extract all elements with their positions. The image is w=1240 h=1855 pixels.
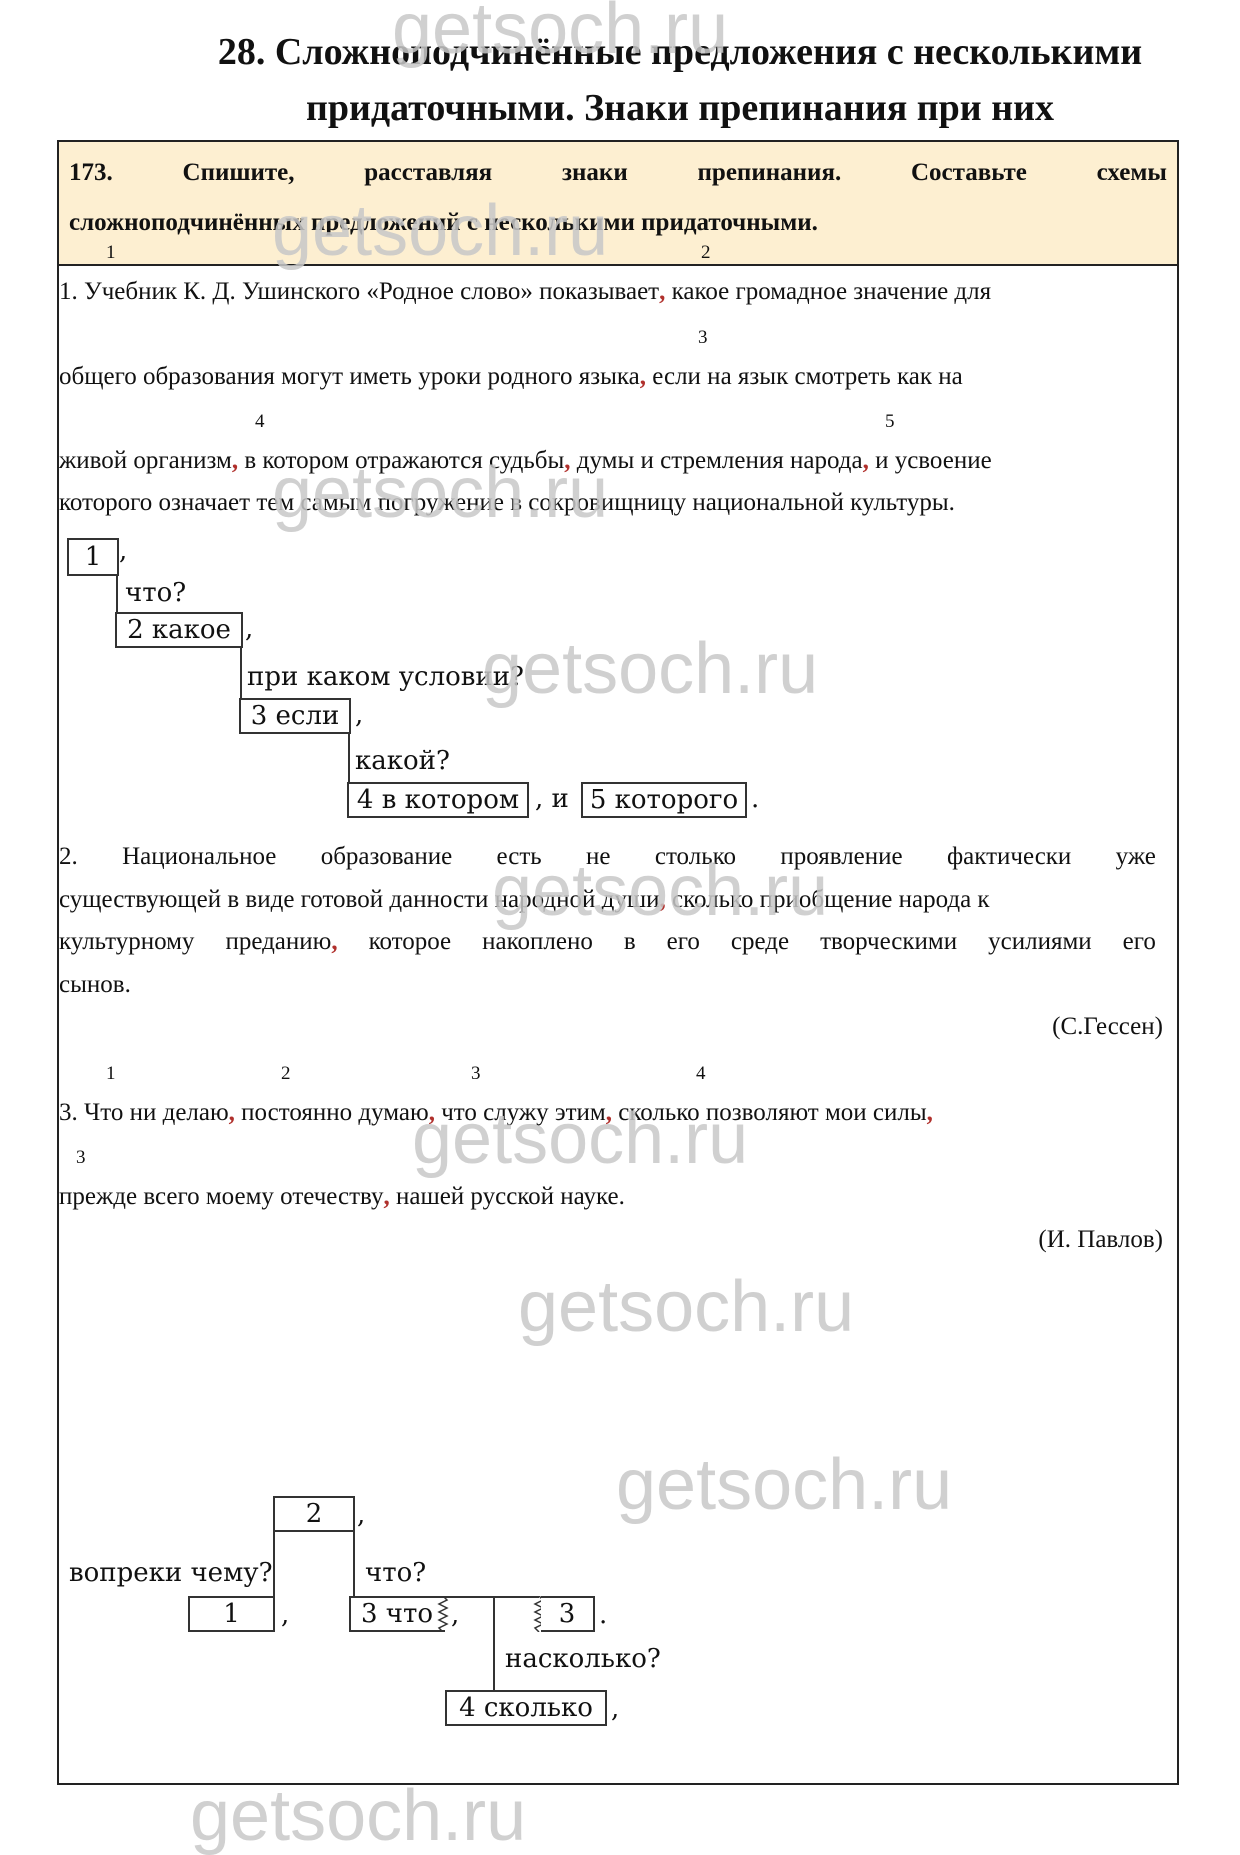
scheme-connector bbox=[353, 1530, 355, 1598]
text: сколько приобщение народа к bbox=[666, 886, 990, 913]
clause-number: 1 bbox=[106, 242, 116, 264]
word: среде bbox=[731, 928, 789, 956]
comma: , bbox=[331, 928, 337, 955]
word: культурному bbox=[59, 928, 194, 956]
scheme-box: 2 какое bbox=[115, 612, 243, 648]
text: если на язык смотреть как на bbox=[646, 363, 963, 390]
scheme-comma: , bbox=[119, 536, 127, 566]
word: столько bbox=[655, 843, 736, 871]
task-word: расставляя bbox=[364, 148, 492, 198]
word: фактически bbox=[947, 843, 1071, 871]
zigzag-break-icon bbox=[437, 1596, 449, 1632]
word: есть bbox=[497, 843, 542, 871]
word: 2. bbox=[59, 843, 78, 871]
scheme-box: 3 если bbox=[239, 698, 351, 734]
task-word: схемы bbox=[1097, 148, 1167, 198]
scheme-comma: , bbox=[355, 700, 363, 730]
title-line-2: придаточными. Знаки препинания при них bbox=[0, 80, 1240, 136]
scheme-comma: , bbox=[245, 614, 253, 644]
task-word: препинания. bbox=[698, 148, 842, 198]
clause-number: 2 bbox=[281, 1063, 291, 1085]
text: 1. Учебник К. Д. Ушинского «Родное слово… bbox=[59, 278, 659, 305]
text: и усвоение bbox=[869, 447, 992, 474]
text: общего образования могут иметь уроки род… bbox=[59, 363, 640, 390]
word: уже bbox=[1116, 843, 1156, 871]
text: думы и стремления народа bbox=[571, 447, 863, 474]
text: в котором отражаются судьбы bbox=[238, 447, 564, 474]
scheme-box-split: 3 что bbox=[349, 1596, 445, 1632]
sentence2-line3: культурному преданию, которое накоплено … bbox=[59, 928, 1156, 956]
scheme-period: . bbox=[599, 1600, 607, 1630]
sentence1-line3: живой организм, в котором отражаются суд… bbox=[59, 447, 992, 475]
page-title: 28. Сложноподчинённые предложения с неск… bbox=[0, 24, 1240, 136]
task-word: Спишите, bbox=[183, 148, 295, 198]
text: что служу этим bbox=[435, 1099, 606, 1126]
clause-number: 4 bbox=[255, 411, 265, 433]
word: Национальное bbox=[122, 843, 276, 871]
scheme-question: насколько? bbox=[505, 1644, 661, 1674]
task-line-1: 173. Спишите, расставляя знаки препинани… bbox=[69, 148, 1167, 198]
sentence3-line2: прежде всего моему отечеству, нашей русс… bbox=[59, 1183, 625, 1211]
scheme-box: 1 bbox=[67, 538, 119, 576]
task-instructions: 173. Спишите, расставляя знаки препинани… bbox=[59, 142, 1177, 266]
sentence2-line2: существующей в виде готовой данности нар… bbox=[59, 886, 990, 914]
scheme-period: . bbox=[751, 784, 759, 814]
scheme-comma: , bbox=[451, 1600, 459, 1630]
word: образование bbox=[321, 843, 452, 871]
text: нашей русской науке. bbox=[390, 1183, 625, 1210]
clause-number: 1 bbox=[106, 1063, 116, 1085]
scheme-connector bbox=[348, 732, 350, 784]
scheme-question: какой? bbox=[355, 746, 450, 776]
exercise-frame: 173. Спишите, расставляя знаки препинани… bbox=[57, 140, 1179, 1785]
sentence1-line1: 1. Учебник К. Д. Ушинского «Родное слово… bbox=[59, 278, 991, 306]
word: не bbox=[586, 843, 610, 871]
author-pavlov: (И. Павлов) bbox=[1038, 1226, 1163, 1254]
clause-number: 3 bbox=[76, 1147, 86, 1169]
scheme-connector bbox=[493, 1596, 495, 1692]
sentence2-line4: сынов. bbox=[59, 971, 131, 999]
word: которое bbox=[369, 928, 452, 956]
clause-number: 4 bbox=[696, 1063, 706, 1085]
word: преданию, bbox=[225, 928, 337, 956]
scheme-question: вопреки чему? bbox=[69, 1558, 273, 1588]
word: в bbox=[624, 928, 636, 956]
word: накоплено bbox=[482, 928, 593, 956]
scheme-box: 1 bbox=[188, 1596, 275, 1632]
scheme-connector bbox=[273, 1530, 275, 1598]
task-line-2: сложноподчинённых предложений с нескольк… bbox=[69, 198, 1167, 248]
clause-number: 3 bbox=[698, 327, 708, 349]
author-gessen: (С.Гессен) bbox=[1052, 1013, 1163, 1041]
clause-number: 2 bbox=[701, 242, 711, 264]
scheme-box: 5 которого bbox=[581, 782, 747, 818]
word: его bbox=[667, 928, 700, 956]
sentence1-line2: общего образования могут иметь уроки род… bbox=[59, 363, 963, 391]
text: сколько позволяют мои силы bbox=[612, 1099, 927, 1126]
text: 3. Что ни делаю bbox=[59, 1099, 229, 1126]
task-number: 173. bbox=[69, 148, 113, 198]
word: усилиями bbox=[988, 928, 1092, 956]
sentence2-line1: 2. Национальное образование есть не стол… bbox=[59, 843, 1156, 871]
clause-number: 3 bbox=[471, 1063, 481, 1085]
scheme-question: при каком условии? bbox=[247, 662, 524, 692]
text: живой организм bbox=[59, 447, 232, 474]
comma: , bbox=[927, 1099, 933, 1126]
text: прежде всего моему отечеству bbox=[59, 1183, 383, 1210]
scheme-connector bbox=[240, 646, 242, 700]
text: постоянно думаю bbox=[235, 1099, 429, 1126]
scheme-box: 2 bbox=[273, 1496, 355, 1532]
task-word: Составьте bbox=[911, 148, 1027, 198]
scheme-connector bbox=[445, 1596, 539, 1598]
scheme-box: 4 в котором bbox=[347, 782, 529, 818]
scheme-connector bbox=[116, 574, 118, 614]
word: проявление bbox=[780, 843, 902, 871]
scheme-comma: , bbox=[281, 1600, 289, 1630]
watermark: getsoch.ru bbox=[190, 1775, 526, 1855]
scheme-connector-text: , и bbox=[535, 784, 569, 814]
text: какое громадное значение для bbox=[665, 278, 991, 305]
scheme-box: 4 сколько bbox=[445, 1690, 607, 1726]
text: существующей в виде готовой данности нар… bbox=[59, 886, 660, 913]
scheme-question: что? bbox=[365, 1558, 426, 1588]
word: творческими bbox=[820, 928, 957, 956]
scheme-comma: , bbox=[357, 1500, 365, 1530]
sentence1-line4: которого означает тем самым погружение в… bbox=[59, 489, 955, 517]
scheme-box-split: 3 bbox=[541, 1596, 595, 1632]
scheme-question: что? bbox=[125, 578, 186, 608]
word: его bbox=[1123, 928, 1156, 956]
clause-number: 5 bbox=[885, 411, 895, 433]
scheme-comma: , bbox=[611, 1694, 619, 1724]
sentence3-line1: 3. Что ни делаю, постоянно думаю, что сл… bbox=[59, 1099, 933, 1127]
title-line-1: 28. Сложноподчинённые предложения с неск… bbox=[0, 24, 1240, 80]
task-word: знаки bbox=[562, 148, 628, 198]
